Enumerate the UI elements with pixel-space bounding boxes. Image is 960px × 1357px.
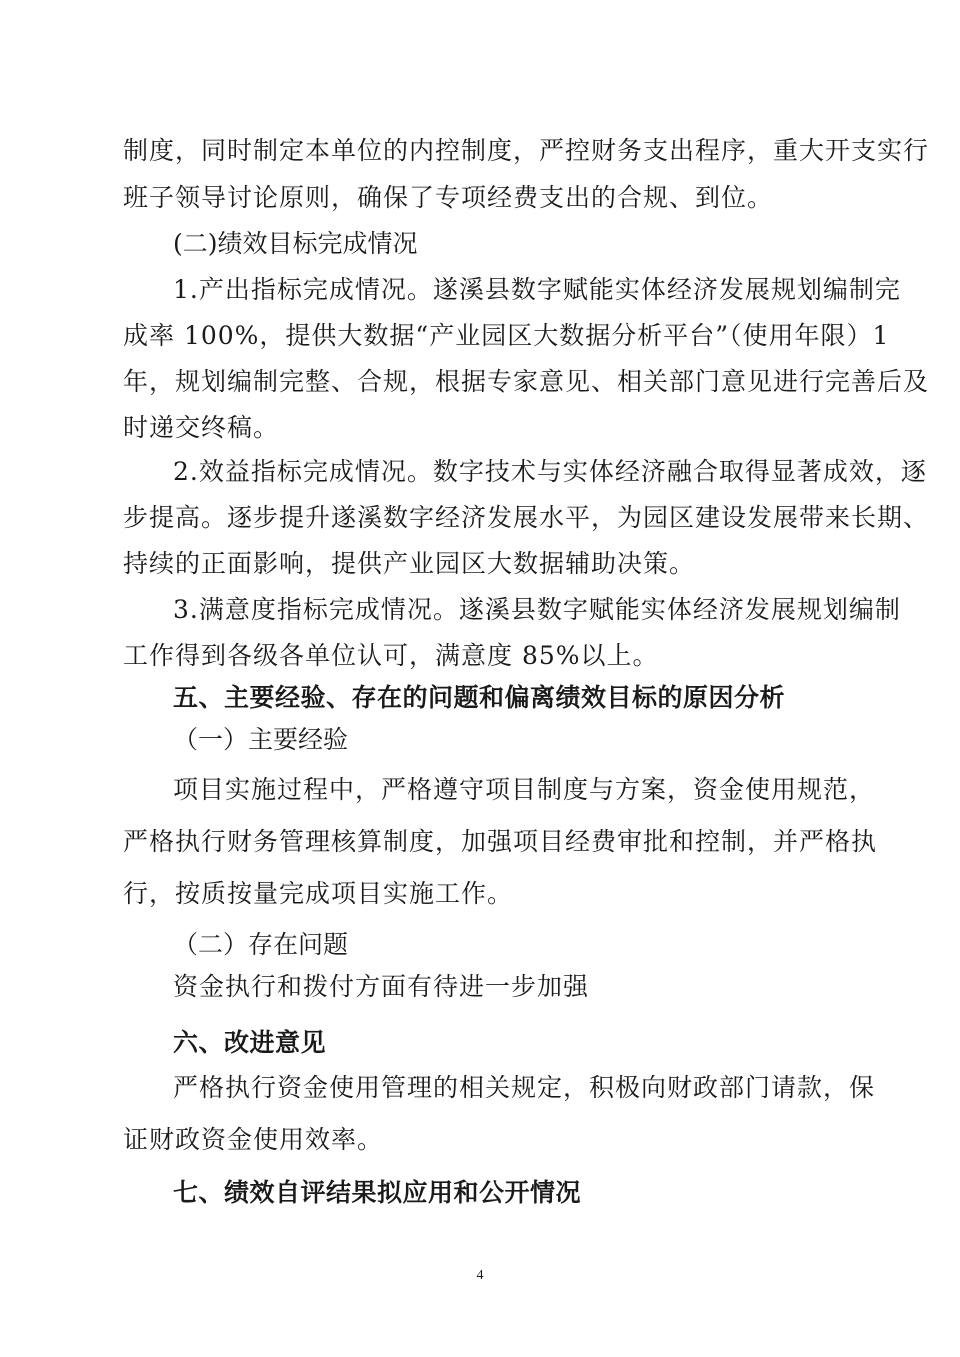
subsection-title: （二）存在问题: [173, 930, 348, 960]
subsection-title: (二)绩效目标完成情况: [173, 229, 418, 259]
paragraph-line: 工作得到各级各单位认可，满意度 85%以上。: [123, 641, 853, 671]
paragraph-line: 严格执行财务管理核算制度，加强项目经费审批和控制，并严格执: [123, 827, 853, 857]
paragraph-line: 持续的正面影响，提供产业园区大数据辅助决策。: [123, 549, 853, 579]
paragraph-line: 成率 100%，提供大数据“产业园区大数据分析平台”（使用年限）1: [123, 321, 853, 351]
paragraph-line: 1.产出指标完成情况。遂溪县数字赋能实体经济发展规划编制完: [173, 275, 853, 305]
paragraph-line: 证财政资金使用效率。: [123, 1125, 853, 1155]
paragraph-line: 2.效益指标完成情况。数字技术与实体经济融合取得显著成效，逐: [173, 457, 853, 487]
paragraph-line: 行，按质按量完成项目实施工作。: [123, 879, 853, 909]
paragraph-line: 年，规划编制完整、合规，根据专家意见、相关部门意见进行完善后及: [123, 367, 853, 397]
paragraph-line: 步提高。逐步提升遂溪数字经济发展水平，为园区建设发展带来长期、: [123, 503, 853, 533]
section-heading: 五、主要经验、存在的问题和偏离绩效目标的原因分析: [173, 683, 785, 713]
section-heading: 七、绩效自评结果拟应用和公开情况: [173, 1178, 581, 1208]
paragraph-line: 资金执行和拨付方面有待进一步加强: [173, 972, 853, 1002]
page-number: 4: [0, 1268, 960, 1284]
paragraph-line: 项目实施过程中，严格遵守项目制度与方案，资金使用规范，: [173, 775, 853, 805]
paragraph-line: 时递交终稿。: [123, 413, 853, 443]
paragraph-line: 3.满意度指标完成情况。遂溪县数字赋能实体经济发展规划编制: [173, 595, 853, 625]
section-heading: 六、改进意见: [173, 1028, 326, 1058]
subsection-title: （一）主要经验: [173, 725, 348, 755]
paragraph-line: 制度，同时制定本单位的内控制度，严控财务支出程序，重大开支实行: [123, 136, 853, 166]
document-page: 制度，同时制定本单位的内控制度，严控财务支出程序，重大开支实行 班子领导讨论原则…: [0, 0, 960, 1357]
paragraph-line: 严格执行资金使用管理的相关规定，积极向财政部门请款，保: [173, 1073, 853, 1103]
paragraph-line: 班子领导讨论原则，确保了专项经费支出的合规、到位。: [123, 183, 853, 213]
